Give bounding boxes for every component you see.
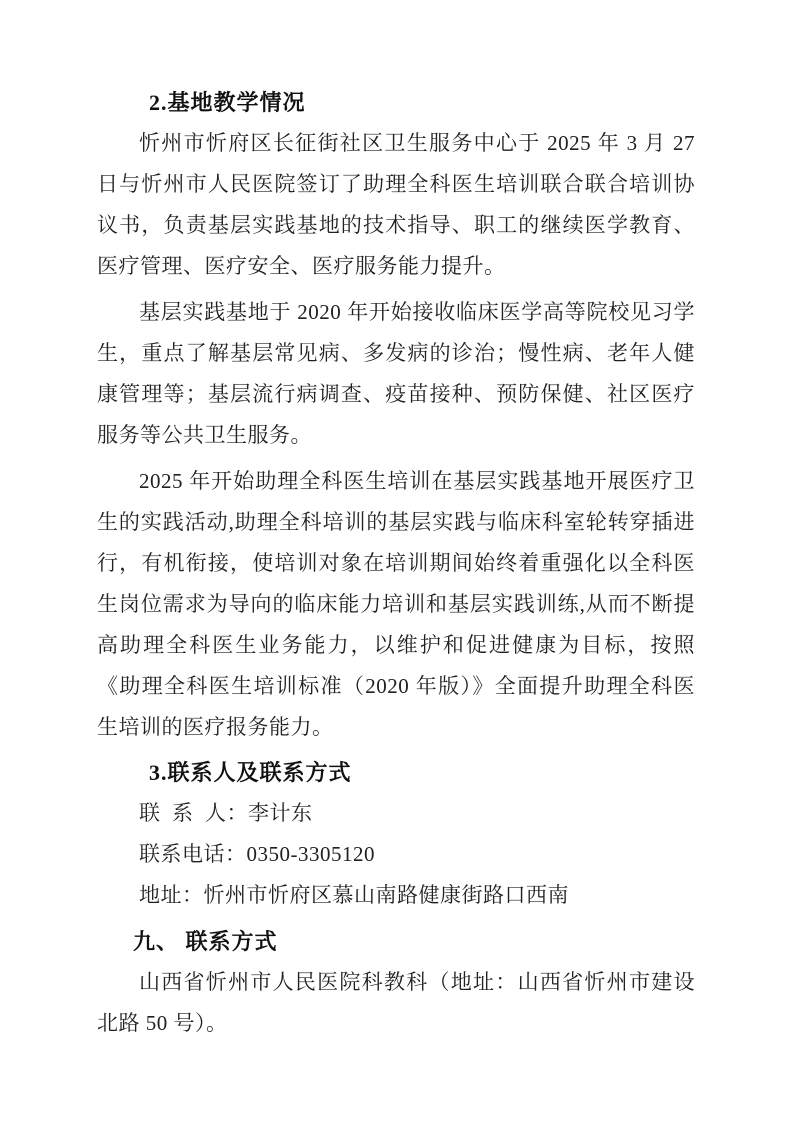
paragraph-hospital-address: 山西省忻州市人民医院科教科（地址：山西省忻州市建设北路 50 号）。 (97, 962, 695, 1044)
document-page: 2.基地教学情况 忻州市忻府区长征街社区卫生服务中心于 2025 年 3 月 2… (0, 0, 793, 1122)
paragraph-practice-base-history: 基层实践基地于 2020 年开始接收临床医学高等院校见习学生，重点了解基层常见病… (97, 292, 695, 456)
paragraph-cooperation-agreement: 忻州市忻府区长征街社区卫生服务中心于 2025 年 3 月 27 日与忻州市人民… (97, 123, 695, 287)
document-body: 2.基地教学情况 忻州市忻府区长征街社区卫生服务中心于 2025 年 3 月 2… (97, 82, 695, 1044)
heading-contact-person-info: 3.联系人及联系方式 (97, 752, 695, 793)
heading-base-teaching-situation: 2.基地教学情况 (97, 82, 695, 123)
contact-phone-line: 联系电话：0350-3305120 (97, 834, 695, 875)
heading-section-nine-contact: 九、 联系方式 (97, 921, 695, 962)
contact-person-line: 联 系 人：李计东 (97, 793, 695, 834)
contact-address-line: 地址：忻州市忻府区慕山南路健康街路口西南 (97, 875, 695, 916)
paragraph-2025-training-plan: 2025 年开始助理全科医生培训在基层实践基地开展医疗卫生的实践活动,助理全科培… (97, 461, 695, 748)
